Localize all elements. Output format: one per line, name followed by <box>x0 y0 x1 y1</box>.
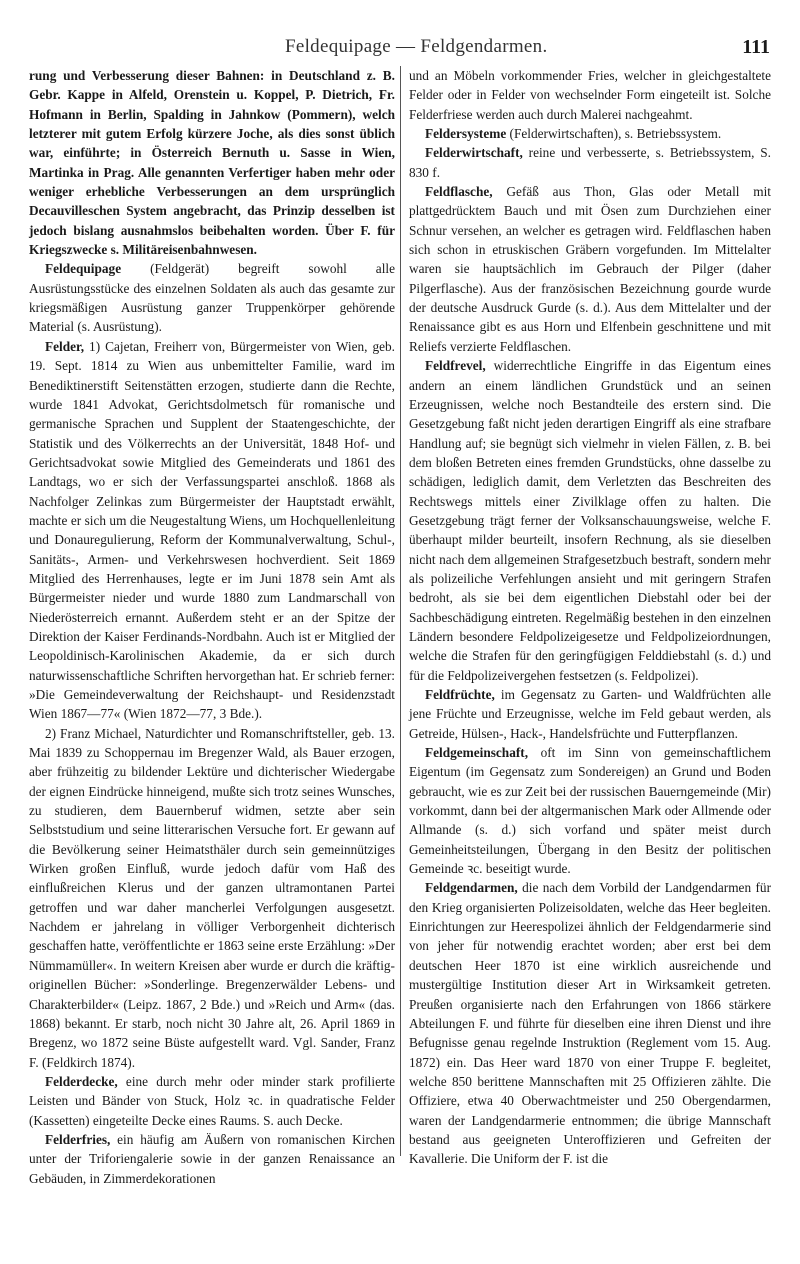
entry-term: Feldgemeinschaft, <box>425 745 528 760</box>
continued-paragraph: und an Möbeln vorkommender Fries, welche… <box>409 66 771 124</box>
column-divider <box>400 66 401 1156</box>
left-column: rung und Verbesserung dieser Bahnen: in … <box>29 66 395 1188</box>
entry-term: Felderwirtschaft, <box>425 145 523 160</box>
entry-feldfrevel: Feldfrevel, widerrechtliche Eingriffe in… <box>409 356 771 685</box>
entry-text: widerrechtliche Eingriffe in das Eigentu… <box>409 358 771 683</box>
entry-feldequipage: Feldequipage (Feldgerät) begreift sowohl… <box>29 259 395 336</box>
entry-text: 2) Franz Michael, Naturdichter und Roman… <box>29 726 395 1070</box>
entry-term: Felder, <box>45 339 84 354</box>
entry-felder: Felder, 1) Cajetan, Freiherr von, Bürger… <box>29 337 395 724</box>
entry-term: Feldequipage <box>45 261 121 276</box>
continued-paragraph: rung und Verbesserung dieser Bahnen: in … <box>29 66 395 259</box>
entry-felderwirtschaft: Felderwirtschaft, reine und verbesserte,… <box>409 143 771 182</box>
entry-term: Feldfrevel, <box>425 358 486 373</box>
right-column: und an Möbeln vorkommender Fries, welche… <box>409 66 771 1169</box>
entry-text: die nach dem Vorbild der Landgendarmen f… <box>409 880 771 1166</box>
entry-text: oft im Sinn von gemeinschaftlichem Eigen… <box>409 745 771 876</box>
entry-felder-2: 2) Franz Michael, Naturdichter und Roman… <box>29 724 395 1072</box>
entry-text: 1) Cajetan, Freiherr von, Bürgermeister … <box>29 339 395 722</box>
entry-feldfruechte: Feldfrüchte, im Gegensatz zu Garten- und… <box>409 685 771 743</box>
entry-felderfries: Felderfries, ein häufig am Äußern von ro… <box>29 1130 395 1188</box>
entry-term: Feldersysteme <box>425 126 506 141</box>
entry-felderdecke: Felderdecke, eine durch mehr oder minder… <box>29 1072 395 1130</box>
entry-feldgendarmen: Feldgendarmen, die nach dem Vorbild der … <box>409 878 771 1168</box>
entry-feldgemeinschaft: Feldgemeinschaft, oft im Sinn von gemein… <box>409 743 771 878</box>
entry-term: Felderfries, <box>45 1132 110 1147</box>
entry-term: Feldflasche, <box>425 184 493 199</box>
entry-term: Feldfrüchte, <box>425 687 495 702</box>
entry-feldersysteme: Feldersysteme (Felderwirtschaften), s. B… <box>409 124 771 143</box>
entry-term: Feldgendarmen, <box>425 880 518 895</box>
entry-term: Felderdecke, <box>45 1074 118 1089</box>
entry-text: Gefäß aus Thon, Glas oder Metall mit pla… <box>409 184 771 354</box>
entry-text: (Felderwirtschaften), s. Betriebssystem. <box>506 126 721 141</box>
page-number: 111 <box>742 36 770 59</box>
page-header: Feldequipage — Feldgendarmen. 111 <box>0 36 800 62</box>
entry-feldflasche: Feldflasche, Gefäß aus Thon, Glas oder M… <box>409 182 771 356</box>
running-title: Feldequipage — Feldgendarmen. <box>285 36 548 58</box>
